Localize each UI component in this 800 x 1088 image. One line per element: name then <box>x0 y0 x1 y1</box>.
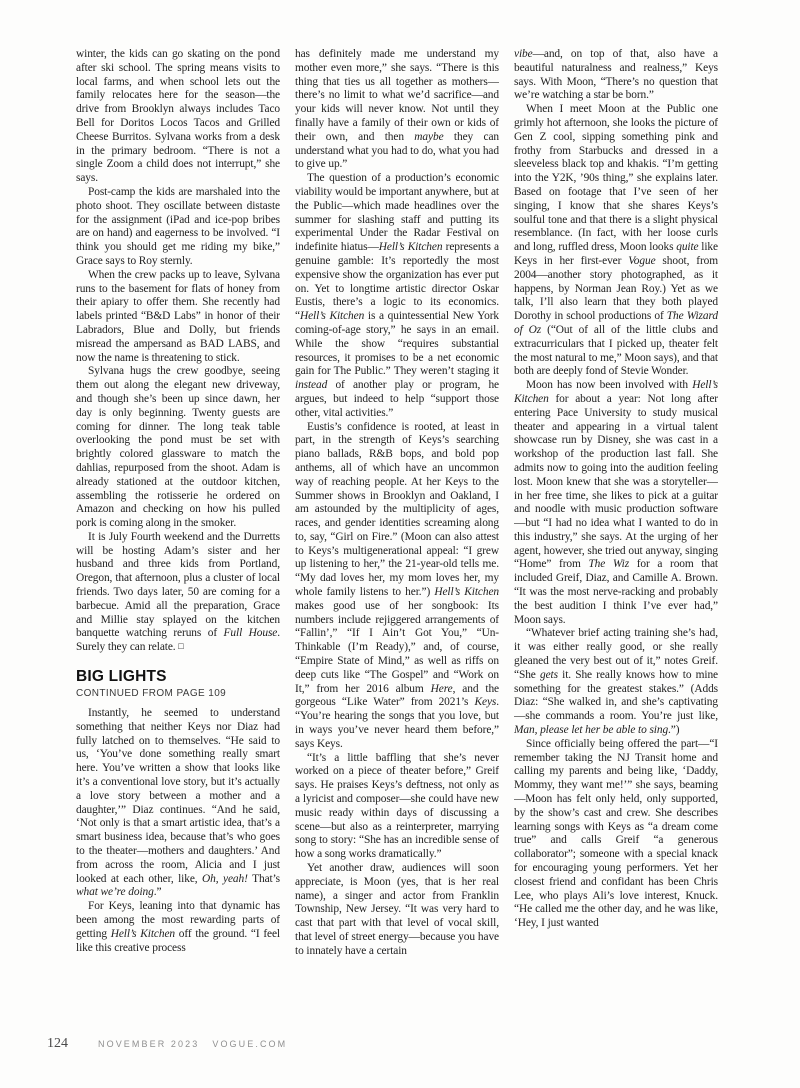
paragraph: vibe—and, on top of that, also have a be… <box>514 48 718 103</box>
text-column: vibe—and, on top of that, also have a be… <box>514 48 718 959</box>
page-number: 124 <box>47 1036 68 1052</box>
article-body: winter, the kids can go skating on the p… <box>76 48 718 959</box>
site-name: VOGUE.COM <box>212 1039 287 1049</box>
paragraph: The question of a production’s economic … <box>295 172 499 420</box>
end-of-article-mark: □ <box>178 641 183 651</box>
paragraph: It is July Fourth weekend and the Durret… <box>76 531 280 655</box>
paragraph: Post-camp the kids are marshaled into th… <box>76 186 280 269</box>
paragraph: “It’s a little baffling that she’s never… <box>295 752 499 862</box>
paragraph: Since officially being offered the part—… <box>514 738 718 931</box>
paragraph: Sylvana hugs the crew goodbye, seeing th… <box>76 365 280 531</box>
text-column: has definitely made me understand my mot… <box>295 48 499 959</box>
page-footer: 124 NOVEMBER 2023 VOGUE.COM <box>47 1036 287 1052</box>
paragraph: Eustis’s confidence is rooted, at least … <box>295 421 499 752</box>
issue-date: NOVEMBER 2023 <box>98 1039 199 1049</box>
paragraph: Instantly, he seemed to understand somet… <box>76 707 280 900</box>
paragraph: winter, the kids can go skating on the p… <box>76 48 280 186</box>
paragraph: Yet another draw, audiences will soon ap… <box>295 862 499 959</box>
paragraph: When the crew packs up to leave, Sylvana… <box>76 269 280 366</box>
text-column: winter, the kids can go skating on the p… <box>76 48 280 959</box>
paragraph: When I meet Moon at the Public one griml… <box>514 103 718 379</box>
paragraph: Moon has now been involved with Hell’s K… <box>514 379 718 627</box>
section-heading: BIG LIGHTSCONTINUED FROM PAGE 109 <box>76 668 280 700</box>
magazine-page: winter, the kids can go skating on the p… <box>0 0 800 1088</box>
section-title: BIG LIGHTS <box>76 668 280 686</box>
paragraph: “Whatever brief acting training she’s ha… <box>514 627 718 737</box>
paragraph: For Keys, leaning into that dynamic has … <box>76 900 280 955</box>
section-continued-note: CONTINUED FROM PAGE 109 <box>76 688 280 700</box>
paragraph: has definitely made me understand my mot… <box>295 48 499 172</box>
